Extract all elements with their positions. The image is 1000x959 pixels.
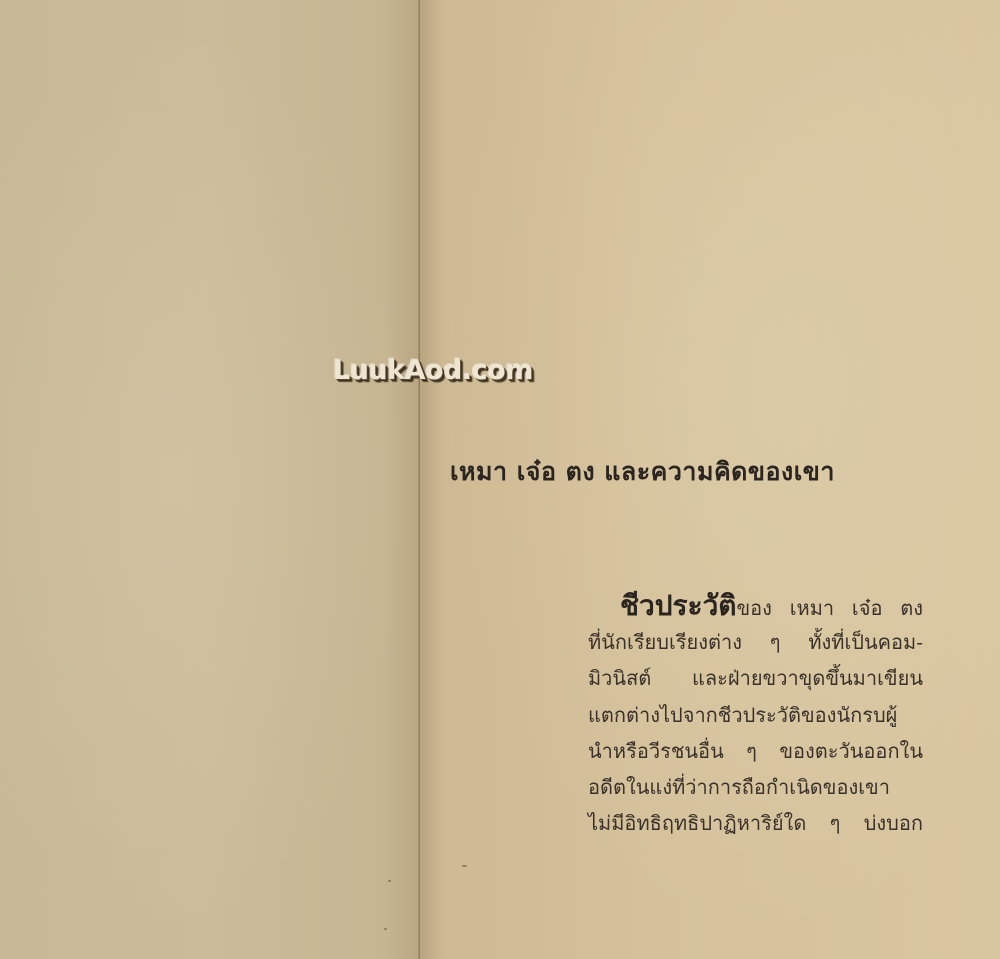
- chapter-title: เหมา เจ๋อ ตง และความคิดของเขา: [450, 452, 930, 492]
- body-line-1: ชีวประวัติของ เหมา เจ๋อ ตง: [588, 588, 923, 624]
- watermark-logo: LuukAod.com: [333, 355, 533, 386]
- left-page: [0, 0, 420, 959]
- body-paragraph: ชีวประวัติของ เหมา เจ๋อ ตง ที่นักเรียบเร…: [588, 588, 923, 841]
- body-line-5: นำหรือวีรชนอื่น ๆ ของตะวันออกใน: [588, 733, 923, 769]
- body-line-text: ของ เหมา เจ๋อ ตง: [736, 596, 923, 620]
- paper-speck: [462, 865, 467, 867]
- body-line-6: อดีตในแง่ที่ว่าการถือกำเนิดของเขา: [588, 769, 923, 805]
- paper-speck: [388, 880, 391, 882]
- paper-speck: [384, 928, 387, 930]
- paragraph-lead-word: ชีวประวัติ: [588, 589, 736, 622]
- body-line-3: มิวนิสต์ และฝ่ายขวาขุดขึ้นมาเขียน: [588, 660, 923, 696]
- book-spread: LuukAod.com เหมา เจ๋อ ตง และความคิดของเข…: [0, 0, 1000, 959]
- body-line-7: ไม่มีอิทธิฤทธิปาฏิหาริย์ใด ๆ บ่งบอก: [588, 805, 923, 841]
- body-line-2: ที่นักเรียบเรียงต่าง ๆ ทั้งที่เป็นคอม-: [588, 624, 923, 660]
- body-line-4: แตกต่างไปจากชีวประวัติของนักรบผู้: [588, 697, 923, 733]
